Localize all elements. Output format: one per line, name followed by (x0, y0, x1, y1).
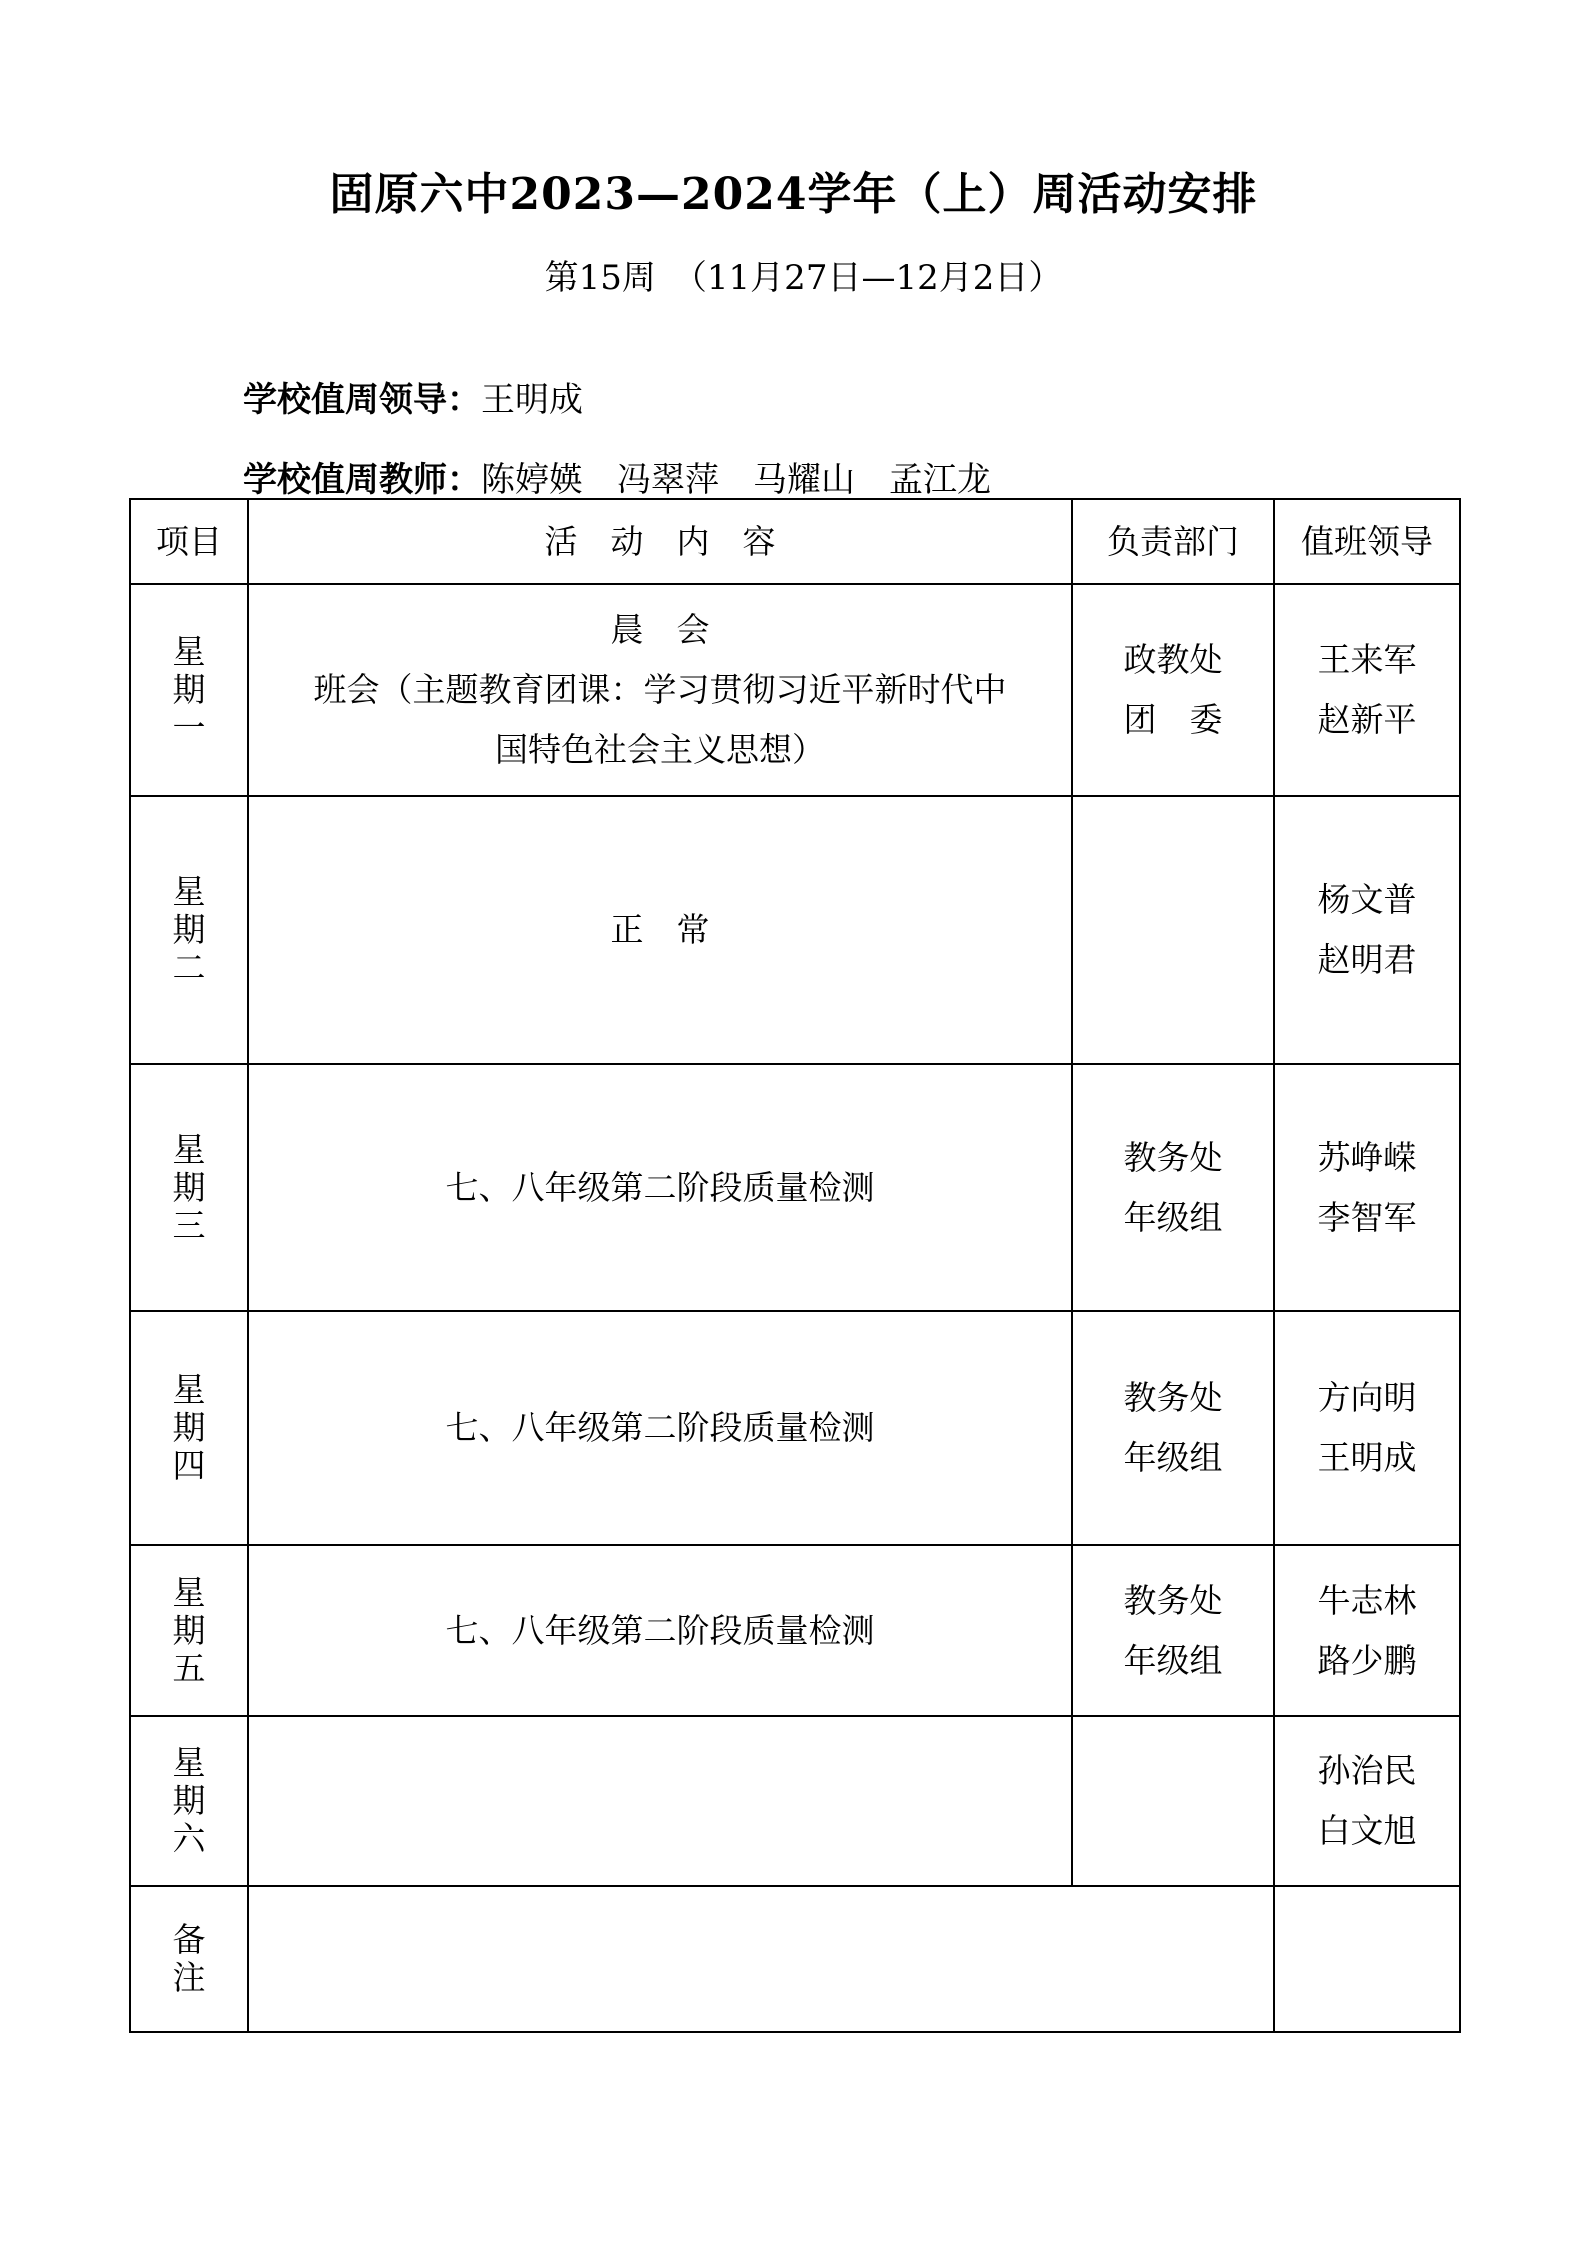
header-item: 项目 (130, 499, 248, 584)
dept-cell (1072, 1716, 1274, 1886)
dept-cell (1072, 796, 1274, 1064)
header-content: 活 动 内 容 (248, 499, 1072, 584)
table-row-tuesday: 星期二 正 常 杨文普赵明君 (130, 796, 1460, 1064)
day-cell: 星期四 (130, 1311, 248, 1545)
dept-cell: 教务处年级组 (1072, 1311, 1274, 1545)
table-row-wednesday: 星期三 七、八年级第二阶段质量检测 教务处年级组 苏峥嵘李智军 (130, 1064, 1460, 1311)
table-row-friday: 星期五 七、八年级第二阶段质量检测 教务处年级组 牛志林路少鹏 (130, 1545, 1460, 1716)
leader-cell: 孙治民白文旭 (1274, 1716, 1460, 1886)
remarks-content-cell (248, 1886, 1274, 2032)
week-subtitle: 第15周 （11月27日—12月2日） (0, 250, 1587, 299)
day-cell: 星期六 (130, 1716, 248, 1886)
schedule-table: 项目 活 动 内 容 负责部门 值班领导 星期一 晨 会班会（主题教育团课：学习… (129, 498, 1461, 2033)
leader-cell: 牛志林路少鹏 (1274, 1545, 1460, 1716)
leader-cell: 苏峥嵘李智军 (1274, 1064, 1460, 1311)
duty-leader-value: 王明成 (481, 380, 583, 420)
dept-cell: 教务处年级组 (1072, 1545, 1274, 1716)
content-cell: 七、八年级第二阶段质量检测 (248, 1064, 1072, 1311)
dept-cell: 教务处年级组 (1072, 1064, 1274, 1311)
leader-cell: 方向明王明成 (1274, 1311, 1460, 1545)
document-title: 固原六中2023—2024学年（上）周活动安排 (0, 158, 1587, 222)
day-cell: 星期二 (130, 796, 248, 1064)
table-row-monday: 星期一 晨 会班会（主题教育团课：学习贯彻习近平新时代中国特色社会主义思想） 政… (130, 584, 1460, 796)
duty-teachers-value: 陈婷媖 冯翠萍 马耀山 孟江龙 (481, 460, 991, 500)
leader-cell: 杨文普赵明君 (1274, 796, 1460, 1064)
table-row-remarks: 备注 (130, 1886, 1460, 2032)
header-row: 项目 活 动 内 容 负责部门 值班领导 (130, 499, 1460, 584)
header-leader: 值班领导 (1274, 499, 1460, 584)
duty-teachers-label: 学校值周教师： (243, 460, 481, 500)
day-cell: 星期一 (130, 584, 248, 796)
day-cell: 星期三 (130, 1064, 248, 1311)
duty-teachers-line: 学校值周教师：陈婷媖 冯翠萍 马耀山 孟江龙 (243, 452, 991, 501)
table-row-thursday: 星期四 七、八年级第二阶段质量检测 教务处年级组 方向明王明成 (130, 1311, 1460, 1545)
table-row-saturday: 星期六 孙治民白文旭 (130, 1716, 1460, 1886)
duty-leader-line: 学校值周领导：王明成 (243, 372, 583, 421)
remarks-label-cell: 备注 (130, 1886, 248, 2032)
duty-leader-label: 学校值周领导： (243, 380, 481, 420)
day-cell: 星期五 (130, 1545, 248, 1716)
content-cell: 正 常 (248, 796, 1072, 1064)
dept-cell: 政教处团 委 (1072, 584, 1274, 796)
remarks-leader-cell (1274, 1886, 1460, 2032)
header-dept: 负责部门 (1072, 499, 1274, 584)
leader-cell: 王来军赵新平 (1274, 584, 1460, 796)
content-cell: 七、八年级第二阶段质量检测 (248, 1311, 1072, 1545)
content-cell (248, 1716, 1072, 1886)
content-cell: 七、八年级第二阶段质量检测 (248, 1545, 1072, 1716)
content-cell: 晨 会班会（主题教育团课：学习贯彻习近平新时代中国特色社会主义思想） (248, 584, 1072, 796)
